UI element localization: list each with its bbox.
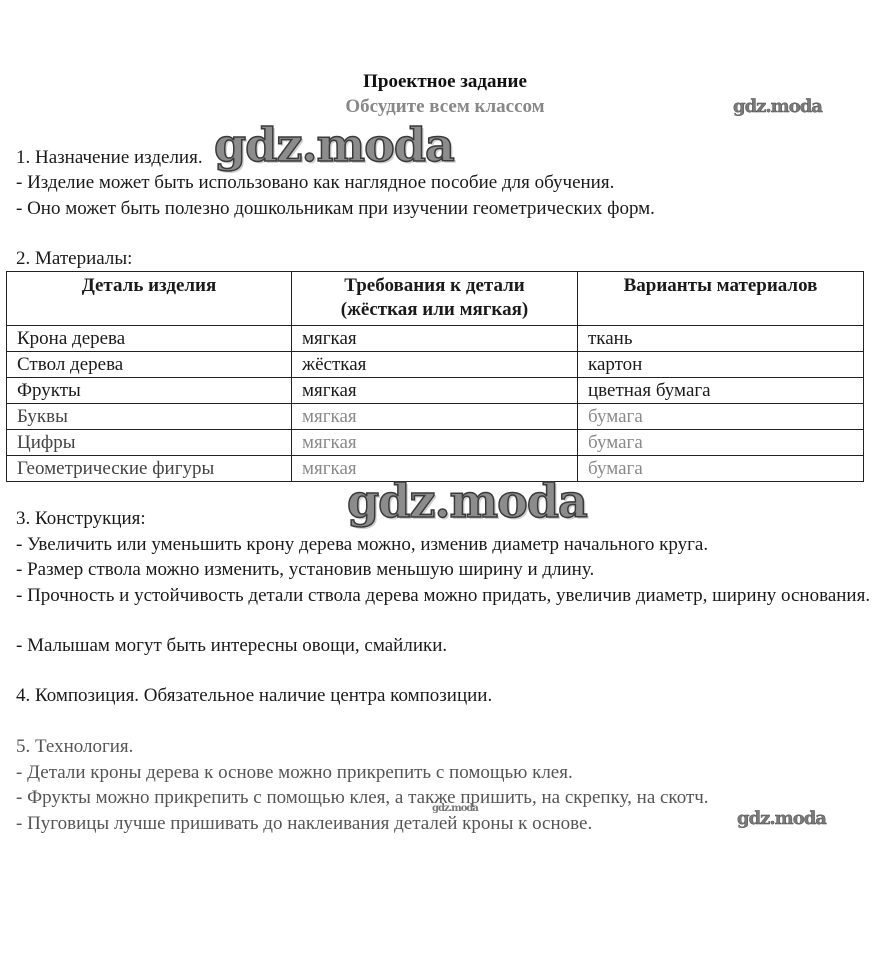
table-row: Фрукты мягкая цветная бумага xyxy=(7,378,864,404)
table-cell: ткань xyxy=(578,326,864,352)
table-cell: цветная бумага xyxy=(578,378,864,404)
table-cell: Ствол дерева xyxy=(7,352,292,378)
section-purpose-heading: 1. Назначение изделия. xyxy=(16,146,203,170)
construction-line: - Увеличить или уменьшить крону дерева м… xyxy=(16,533,708,557)
table-cell: бумага xyxy=(578,404,864,430)
table-cell: мягкая xyxy=(292,378,578,404)
watermark: gdz.moda xyxy=(214,118,454,172)
section-construction-heading: 3. Конструкция: xyxy=(16,507,146,531)
table-cell: мягкая xyxy=(292,404,578,430)
document-page: Проектное задание Обсудите всем классом … xyxy=(0,0,878,964)
technology-line: - Пуговицы лучше пришивать до наклеивани… xyxy=(16,812,592,836)
table-cell: жёсткая xyxy=(292,352,578,378)
table-row: Цифры мягкая бумага xyxy=(7,430,864,456)
table-row: Ствол дерева жёсткая картон xyxy=(7,352,864,378)
table-cell: бумага xyxy=(578,456,864,482)
table-cell: Крона дерева xyxy=(7,326,292,352)
watermark: gdz.moda xyxy=(347,474,587,528)
technology-line: - Фрукты можно прикрепить с помощью клея… xyxy=(16,786,709,810)
technology-line: - Детали кроны дерева к основе можно при… xyxy=(16,761,573,785)
column-header-materials: Варианты материалов xyxy=(578,272,864,326)
table-cell: Буквы xyxy=(7,404,292,430)
column-header-part: Деталь изделия xyxy=(7,272,292,326)
table-row: Крона дерева мягкая ткань xyxy=(7,326,864,352)
materials-table: Деталь изделия Требования к детали (жёст… xyxy=(6,271,864,482)
table-header-row: Деталь изделия Требования к детали (жёст… xyxy=(7,272,864,326)
watermark: gdz.moda xyxy=(737,808,826,829)
header-line: Требования к детали xyxy=(344,275,525,296)
section-composition-heading: 4. Композиция. Обязательное наличие цент… xyxy=(16,684,492,708)
watermark: gdz.moda xyxy=(733,96,822,117)
table-cell: мягкая xyxy=(292,430,578,456)
table-cell: Геометрические фигуры xyxy=(7,456,292,482)
watermark: gdz.moda xyxy=(432,803,478,814)
table-cell: Фрукты xyxy=(7,378,292,404)
purpose-line: - Изделие может быть использовано как на… xyxy=(16,171,614,195)
header-line: (жёсткая или мягкая) xyxy=(341,299,528,320)
section-materials-heading: 2. Материалы: xyxy=(16,247,132,271)
purpose-line: - Оно может быть полезно дошкольникам пр… xyxy=(16,197,655,221)
table-cell: картон xyxy=(578,352,864,378)
construction-line: - Прочность и устойчивость детали ствола… xyxy=(16,583,873,608)
document-title: Проектное задание xyxy=(0,70,878,94)
column-header-requirements: Требования к детали (жёсткая или мягкая) xyxy=(292,272,578,326)
table-cell: мягкая xyxy=(292,326,578,352)
section-technology-heading: 5. Технология. xyxy=(16,735,133,759)
construction-line: - Размер ствола можно изменить, установи… xyxy=(16,558,594,582)
table-cell: Цифры xyxy=(7,430,292,456)
construction-line: - Малышам могут быть интересны овощи, см… xyxy=(16,634,447,658)
table-row: Буквы мягкая бумага xyxy=(7,404,864,430)
table-cell: бумага xyxy=(578,430,864,456)
